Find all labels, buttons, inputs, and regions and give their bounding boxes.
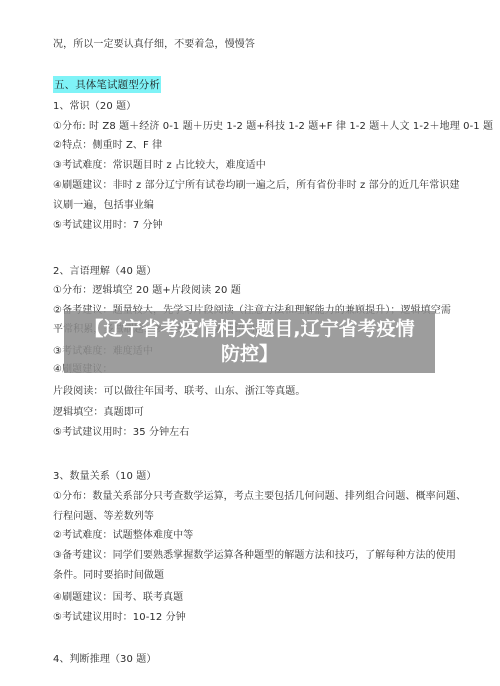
section-heading: 五、具体笔试题型分析 — [53, 78, 161, 93]
section-3-time: ⑤考试建议用时：10-12 分钟 — [53, 611, 186, 625]
section-2-time: ⑤考试建议用时：35 分钟左右 — [53, 426, 189, 440]
section-3-difficulty: ②考试难度：试题整体难度中等 — [53, 529, 193, 543]
section-2-practice-fill: 逻辑填空：真题即可 — [53, 406, 144, 420]
section-2-practice-reading: 片段阅读：可以做往年国考、联考、山东、浙江等真题。 — [53, 385, 306, 399]
section-1-title: 1、常识（20 题） — [53, 100, 136, 114]
section-3-practice: ④刷题建议：国考、联考真题 — [53, 591, 183, 605]
title-overlay-banner: 【辽宁省考疫情相关题目,辽宁省考疫情防控】 — [64, 311, 435, 373]
banner-title: 【辽宁省考疫情相关题目,辽宁省考疫情防控】 — [77, 317, 422, 367]
section-3-prep-cont: 条件。同时要掐时间做题 — [53, 569, 164, 583]
section-2-distribution: ①分布：逻辑填空 20 题+片段阅读 20 题 — [53, 284, 241, 298]
section-1-time: ⑤考试建议用时：7 分钟 — [53, 219, 163, 233]
section-3-distribution: ①分布：数量关系部分只考查数学运算，考点主要包括几何问题、排列组合问题、概率问题… — [53, 490, 466, 504]
section-3-prep: ③备考建议：同学们要熟悉掌握数学运算各种题型的解题方法和技巧，了解每种方法的使用 — [53, 549, 456, 563]
section-3-title: 3、数量关系（10 题） — [53, 470, 156, 484]
section-1-difficulty: ③考试难度：常识题目时 z 占比较大，难度适中 — [53, 159, 266, 173]
section-4-title: 4、判断推理（30 题） — [53, 653, 156, 667]
intro-tail-text: 况，所以一定要认真仔细，不要着急，慢慢答 — [53, 38, 255, 52]
section-heading-highlight: 五、具体笔试题型分析 — [53, 76, 161, 93]
section-1-practice: ④刷题建议：非时 z 部分辽宁所有试卷均刷一遍之后，所有省份非时 z 部分的近几… — [53, 179, 460, 193]
section-1-practice-cont: 议刷一遍，包括事业编 — [53, 199, 154, 213]
section-1-feature: ②特点：侧重时 Z、F 律 — [53, 139, 162, 153]
section-1-distribution: ①分布: 时 Z8 题＋经济 0-1 题＋历史 1-2 题+科技 1-2 题+F… — [53, 120, 493, 134]
section-3-distribution-cont: 行程问题、等差数列等 — [53, 510, 154, 524]
section-2-title: 2、言语理解（40 题） — [53, 265, 156, 279]
